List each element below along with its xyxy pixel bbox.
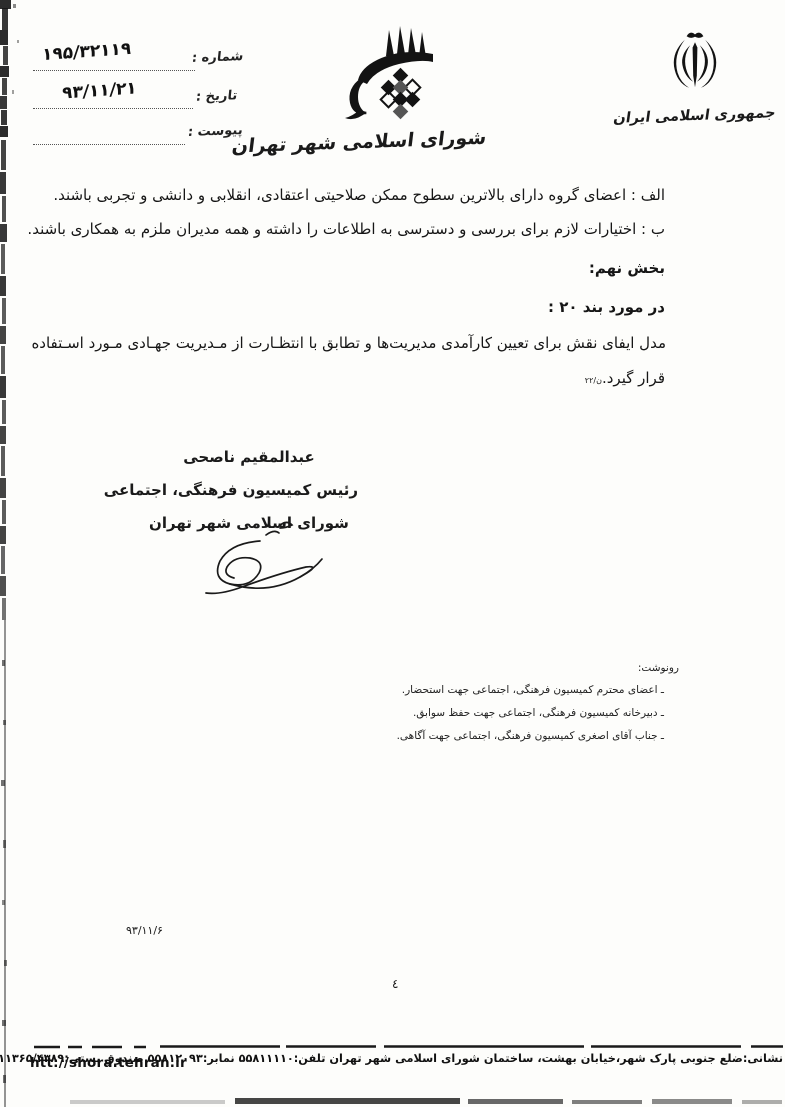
letter-number-value: ۱۹۵/۳۲۱۱۹ (42, 39, 132, 65)
cc-block: رونوشت: ـ اعضای محترم کمیسیون فرهنگی، اج… (397, 662, 679, 753)
scan-artifact-left-edge (0, 0, 26, 1107)
national-emblem-block: جمهوری اسلامی ایران (612, 28, 777, 124)
council-logo-icon (325, 24, 457, 124)
clause-heading: در مورد بند ۲۰ : (548, 298, 665, 316)
letter-number-label: شماره : (191, 49, 244, 66)
signatory-title-1: رئیس کمیسیون فرهنگی، اجتماعی (140, 474, 358, 507)
header-fields: ۱۹۵/۳۲۱۱۹ شماره : ۹۳/۱۱/۲۱ تاریخ : پیوست… (0, 0, 250, 160)
paragraph-line-2: قرار گیرد.ن/۲۲ (585, 369, 665, 387)
council-logo-block: شورای اسلامی شهر تهران (296, 24, 486, 152)
scan-artifact-bottom-edge (0, 1094, 785, 1107)
page-number: ٤ (392, 977, 398, 991)
letter-date-label: تاریخ : (195, 88, 238, 104)
letter-date-value: ۹۳/۱۱/۲۱ (62, 78, 137, 103)
signatory-name: عبدالمقیم ناصحی (140, 441, 358, 474)
paragraph-line-1: مدل ایفای نقش برای تعیین کارآمدی مدیریت‌… (121, 334, 666, 352)
scanned-letter-page: ۱۹۵/۳۲۱۱۹ شماره : ۹۳/۱۱/۲۱ تاریخ : پیوست… (0, 0, 785, 1107)
org-name-calligraphy: شورای اسلامی شهر تهران (294, 127, 488, 156)
paragraph-line-2-text: قرار گیرد. (602, 369, 665, 387)
cc-item: ـ دبیرخانه کمیسیون فرهنگی، اجتماعی جهت ح… (397, 707, 664, 719)
section-heading: بخش نهم: (589, 259, 665, 277)
drafting-date: ۹۳/۱۱/۶ (126, 924, 163, 937)
handwritten-signature (182, 515, 342, 600)
cc-item: ـ جناب آقای اصغری کمیسیون فرهنگی، اجتماع… (397, 730, 664, 742)
emblem-caption: جمهوری اسلامی ایران (610, 105, 778, 127)
cc-item: ـ اعضای محترم کمیسیون فرهنگی، اجتماعی جه… (397, 684, 664, 696)
letter-date-line (33, 107, 193, 109)
footer-rule (28, 1043, 785, 1051)
iran-emblem-icon (665, 28, 725, 102)
paragraph-end-note: ن/۲۲ (585, 376, 602, 385)
footer-website: htt://shora.tehran.ir (30, 1055, 187, 1071)
body-line-alef: الف : اعضای گروه دارای بالاترین سطوح ممک… (53, 186, 665, 204)
attachment-line (33, 143, 185, 145)
cc-label: رونوشت: (397, 662, 679, 674)
letter-number-line (33, 69, 195, 71)
body-line-be: ب : اختیارات لازم برای بررسی و دسترسی به… (27, 220, 665, 238)
